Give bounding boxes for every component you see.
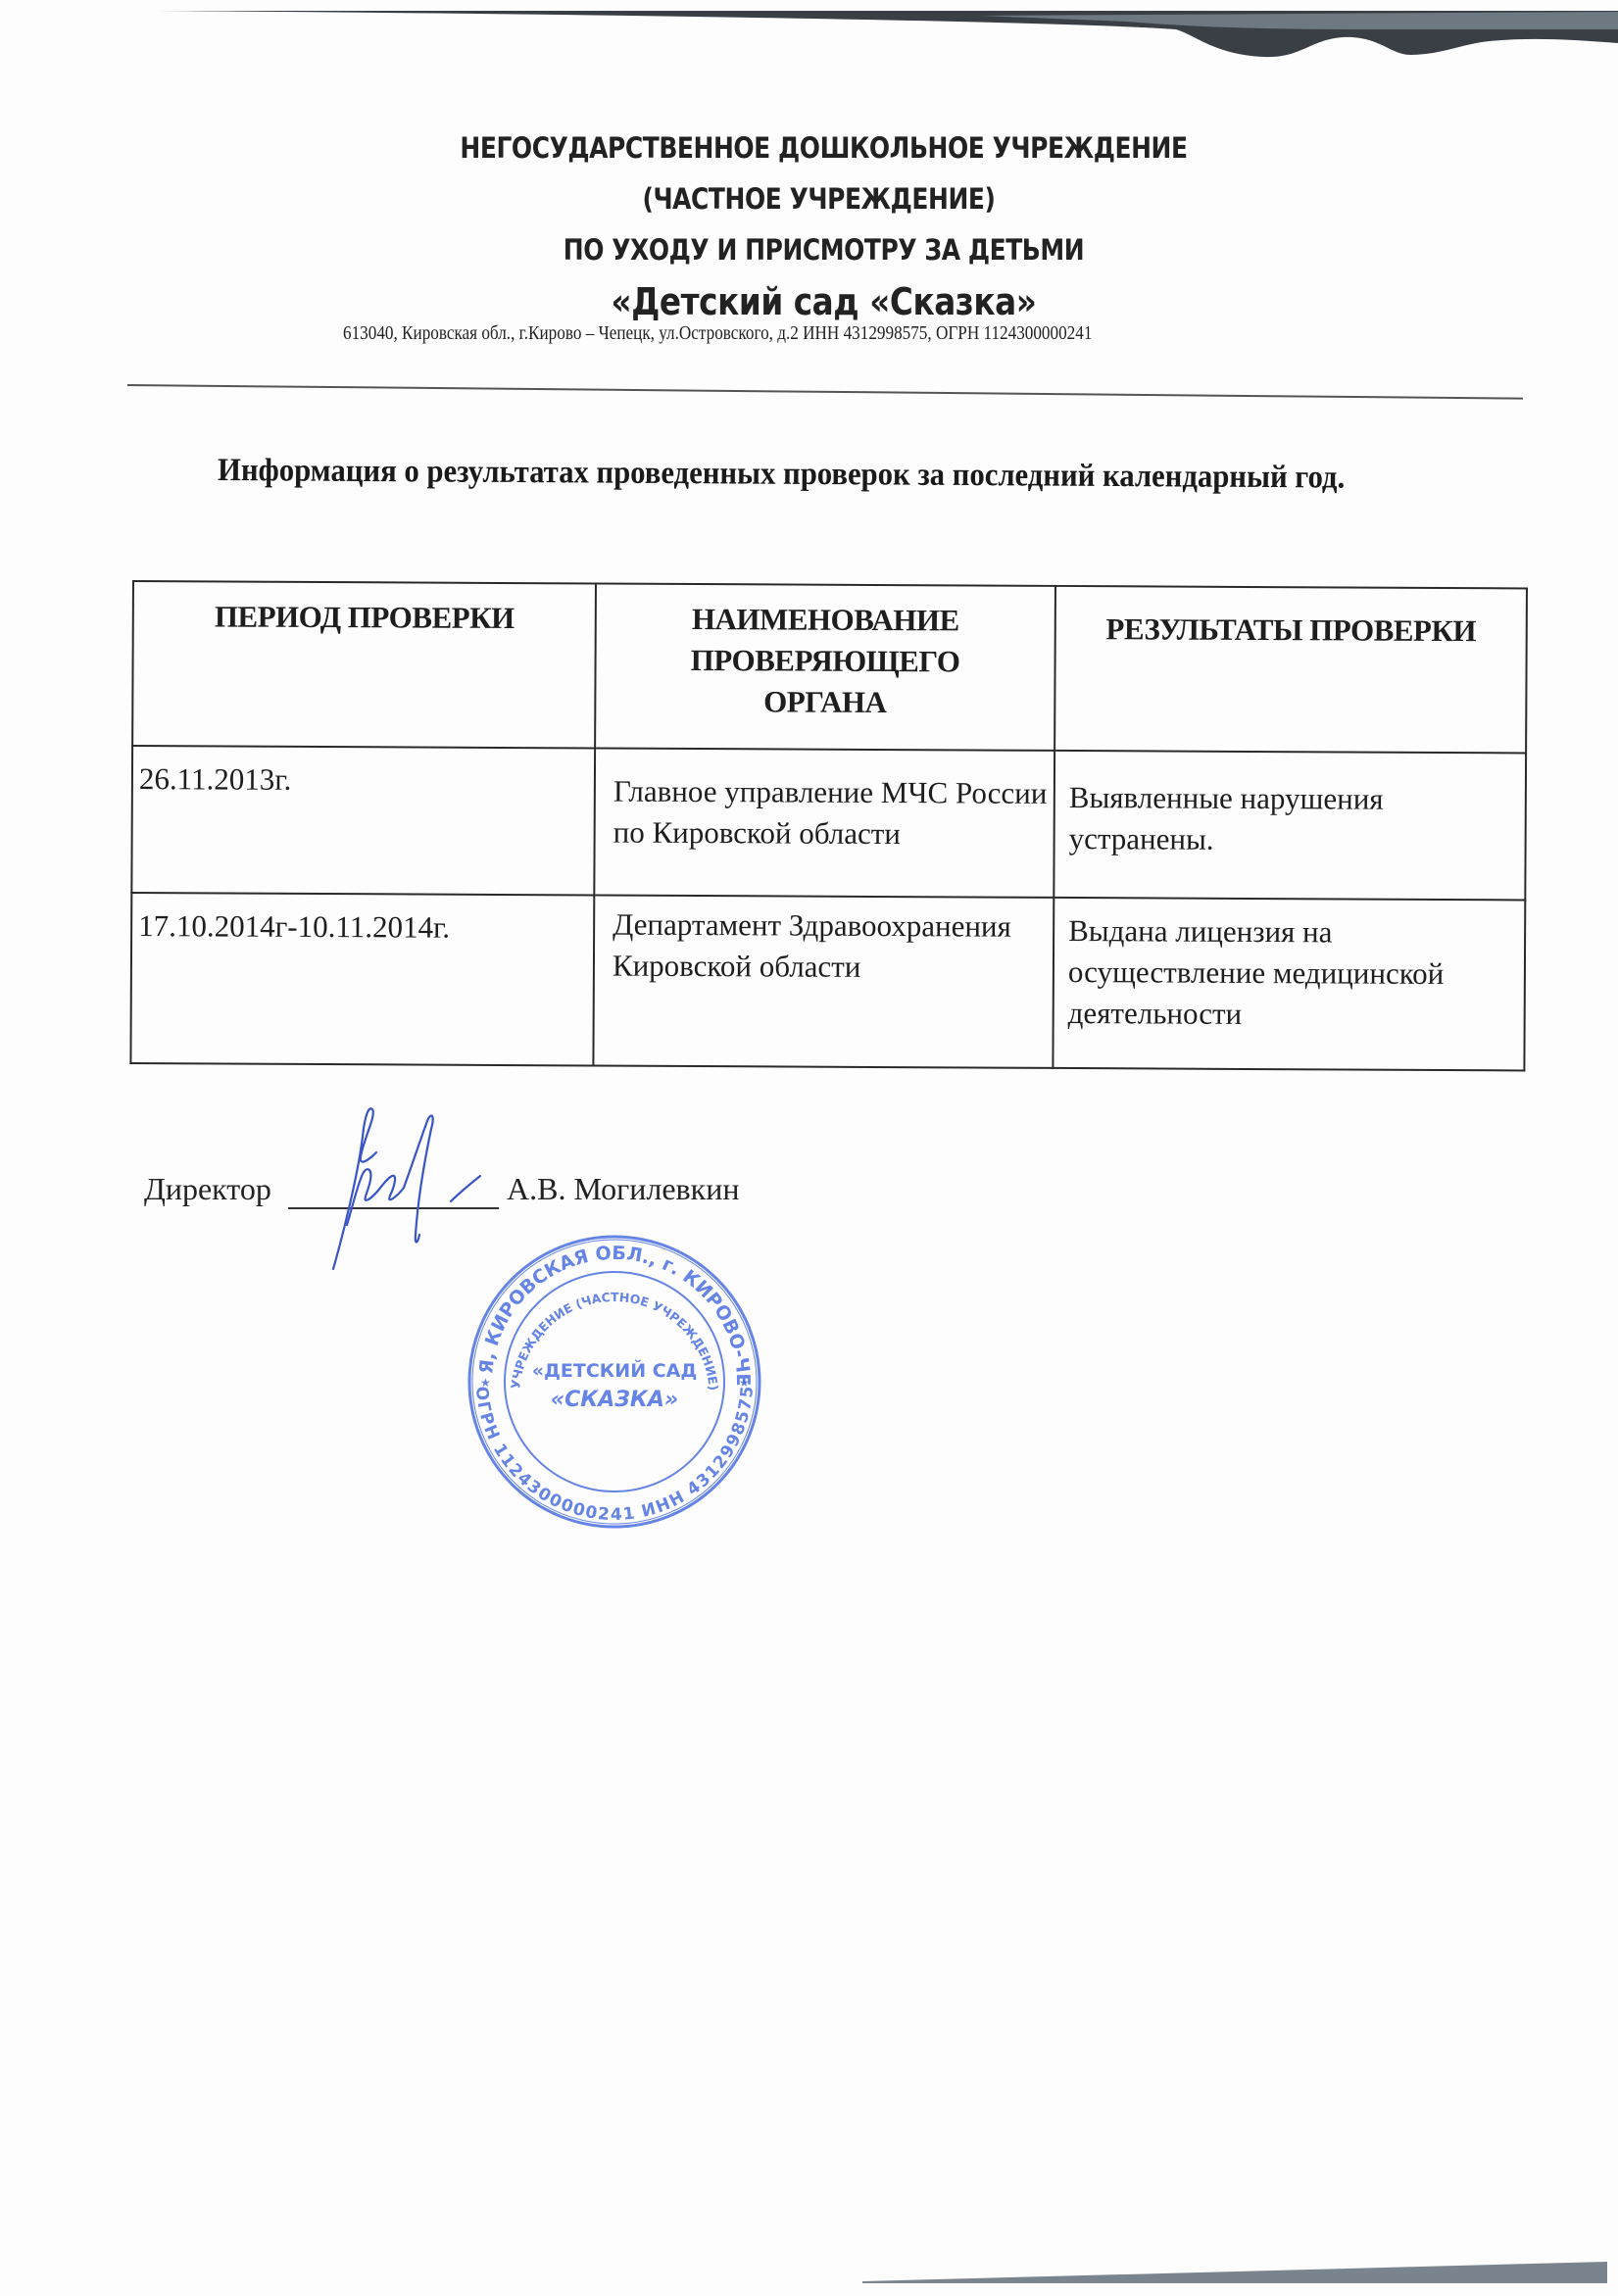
table-header-row: ПЕРИОД ПРОВЕРКИ НАИМЕНОВАНИЕ ПРОВЕРЯЮЩЕГ… <box>132 581 1527 753</box>
header-result: РЕЗУЛЬТАТЫ ПРОВЕРКИ <box>1054 586 1527 754</box>
official-stamp: РОССИЯ, КИРОВСКАЯ ОБЛ., г. КИРОВО-ЧЕПЕЦК… <box>463 1230 766 1534</box>
cell-period: 17.10.2014г-10.11.2014г. <box>130 893 594 1065</box>
cell-authority: Главное управление МЧС России по Кировск… <box>594 748 1054 897</box>
scan-edge-shadow-top <box>0 0 1618 69</box>
signatory-position: Директор <box>144 1171 271 1207</box>
org-form-line: (ЧАСТНОЕ УЧРЕЖДЕНИЕ) <box>123 182 1515 216</box>
org-type-line: НЕГОСУДАРСТВЕННОЕ ДОШКОЛЬНОЕ УЧРЕЖДЕНИЕ <box>128 131 1520 165</box>
cell-result: Выдана лицензия на осуществление медицин… <box>1053 898 1525 1071</box>
cell-result: Выявленные нарушения устранены. <box>1054 751 1526 901</box>
stamp-star-icon: ★ <box>739 1376 750 1390</box>
letterhead-divider <box>127 384 1523 400</box>
org-name: «Детский сад «Сказка» <box>128 280 1520 323</box>
header-period: ПЕРИОД ПРОВЕРКИ <box>132 581 596 748</box>
scan-edge-shadow-bottom <box>0 2244 1618 2296</box>
cell-period: 26.11.2013г. <box>131 746 595 895</box>
document-title: Информация о результатах проведенных про… <box>218 453 1345 497</box>
stamp-star-icon: ★ <box>480 1376 491 1390</box>
inspections-table-wrapper: ПЕРИОД ПРОВЕРКИ НАИМЕНОВАНИЕ ПРОВЕРЯЮЩЕГ… <box>129 580 1526 1071</box>
cell-authority: Департамент Здравоохранения Кировской об… <box>593 895 1054 1067</box>
org-purpose-line: ПО УХОДУ И ПРИСМОТРУ ЗА ДЕТЬМИ <box>128 233 1520 267</box>
header-authority: НАИМЕНОВАНИЕ ПРОВЕРЯЮЩЕГО ОРГАНА <box>595 583 1055 750</box>
table-row: 26.11.2013г. Главное управление МЧС Росс… <box>131 746 1526 900</box>
org-address: 613040, Кировская обл., г.Кирово – Чепец… <box>343 323 1223 345</box>
stamp-center-line2: «СКАЗКА» <box>551 1388 678 1412</box>
inspections-table: ПЕРИОД ПРОВЕРКИ НАИМЕНОВАНИЕ ПРОВЕРЯЮЩЕГ… <box>129 580 1528 1071</box>
stamp-center-line1: «ДЕТСКИЙ САД <box>532 1359 698 1382</box>
table-row: 17.10.2014г-10.11.2014г. Департамент Здр… <box>130 893 1525 1070</box>
